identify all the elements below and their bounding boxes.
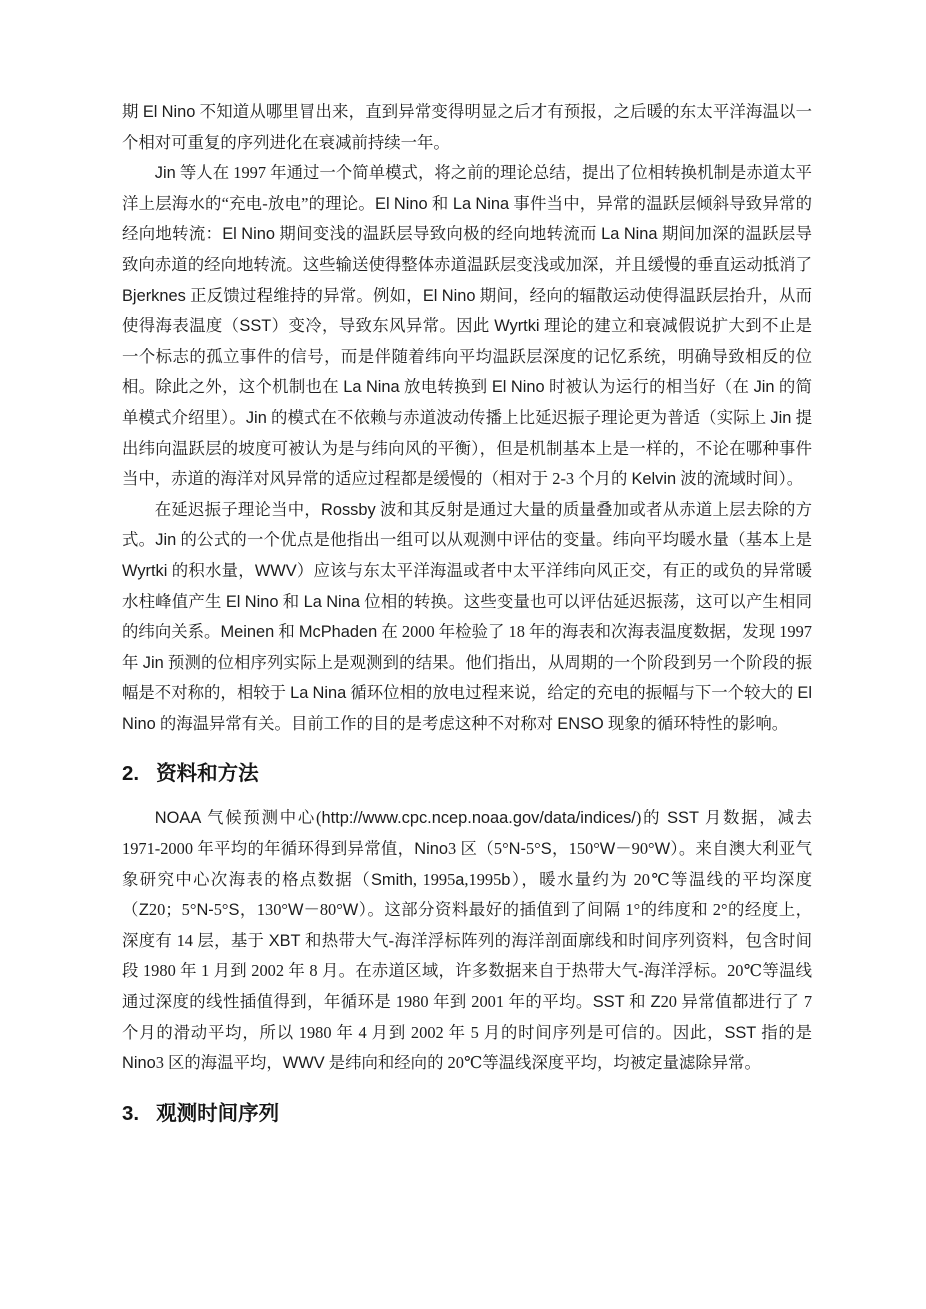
latin-text: El [423, 287, 438, 305]
paragraph: Jin 等人在 1997 年通过一个简单模式，将之前的理论总结，提出了位相转换机… [122, 158, 812, 495]
latin-text: Nina [326, 593, 360, 611]
latin-text: El [492, 378, 507, 396]
latin-text: Nina [624, 225, 658, 243]
latin-text: La [290, 684, 308, 702]
latin-text: Nino [122, 715, 156, 733]
latin-text: Jin [754, 378, 775, 396]
latin-text: Nino [511, 378, 545, 396]
paragraph: 期 El Nino 不知道从哪里冒出来，直到异常变得明显之后才有预报，之后暖的东… [122, 97, 812, 158]
latin-text: McPhaden [299, 623, 377, 641]
latin-text: XBT [269, 932, 301, 950]
latin-text: Nino [162, 103, 196, 121]
latin-text: SST [724, 1024, 756, 1042]
latin-text: Nina [366, 378, 400, 396]
latin-text: W [655, 840, 670, 858]
latin-text: WWV [255, 562, 297, 580]
page-body: 期 El Nino 不知道从哪里冒出来，直到异常变得明显之后才有预报，之后暖的东… [122, 97, 812, 1143]
latin-text: Z [139, 901, 149, 919]
section-number: 2. [122, 762, 139, 785]
latin-text: Nina [313, 684, 347, 702]
latin-text: Nino [245, 593, 279, 611]
latin-text: Bjerknes [122, 287, 186, 305]
section-heading: 2.资料和方法 [122, 758, 812, 790]
latin-text: La [601, 225, 619, 243]
latin-text: Nino [414, 840, 448, 858]
latin-text: NOAA [155, 809, 201, 827]
latin-text: Jin [155, 164, 176, 182]
latin-text: S [541, 840, 552, 858]
section-number: 3. [122, 1102, 139, 1125]
latin-text: Nino [394, 195, 428, 213]
latin-text: WWV [283, 1054, 325, 1072]
latin-text: La [343, 378, 361, 396]
paragraph: NOAA 气候预测中心(http://www.cpc.ncep.noaa.gov… [122, 803, 812, 1078]
latin-text: N- [509, 840, 526, 858]
latin-text: SST [593, 993, 625, 1011]
latin-text: b [501, 871, 510, 889]
paragraph: 在延迟振子理论当中，Rossby 波和其反射是通过大量的质量叠加或者从赤道上层去… [122, 495, 812, 740]
latin-text: N- [196, 901, 213, 919]
latin-text: W [600, 840, 615, 858]
latin-text: El [226, 593, 241, 611]
latin-text: Nina [475, 195, 509, 213]
latin-text: W [343, 901, 358, 919]
latin-text: El [143, 103, 158, 121]
document-page: 期 El Nino 不知道从哪里冒出来，直到异常变得明显之后才有预报，之后暖的东… [0, 0, 926, 1309]
latin-text: Z [651, 993, 661, 1011]
latin-text: Nino [442, 287, 476, 305]
latin-text: Nino [241, 225, 275, 243]
latin-text: Kelvin [631, 470, 676, 488]
latin-text: Jin [770, 409, 791, 427]
latin-text: a [455, 871, 464, 889]
latin-text: Jin [143, 654, 164, 672]
latin-text: Jin [246, 409, 267, 427]
latin-text: El [222, 225, 237, 243]
latin-text: El [797, 684, 812, 702]
latin-text: Rossby [321, 501, 376, 519]
latin-text: http://www.cpc.ncep.noaa.gov/data/indice… [322, 809, 636, 827]
latin-text: SST [239, 317, 271, 335]
section-heading: 3.观测时间序列 [122, 1098, 812, 1130]
latin-text: SST [667, 809, 699, 827]
latin-text: Wyrtki [494, 317, 539, 335]
latin-text: Wyrtki [122, 562, 167, 580]
section-title: 资料和方法 [156, 762, 259, 785]
latin-text: Nino [122, 1054, 156, 1072]
latin-text: Jin [155, 531, 176, 549]
latin-text: Smith [371, 871, 413, 889]
latin-text: W [288, 901, 303, 919]
latin-text: La [453, 195, 471, 213]
latin-text: La [304, 593, 322, 611]
latin-text: Meinen [220, 623, 274, 641]
latin-text: S [228, 901, 239, 919]
latin-text: ENSO [557, 715, 603, 733]
section-title: 观测时间序列 [156, 1102, 279, 1125]
latin-text: El [375, 195, 390, 213]
